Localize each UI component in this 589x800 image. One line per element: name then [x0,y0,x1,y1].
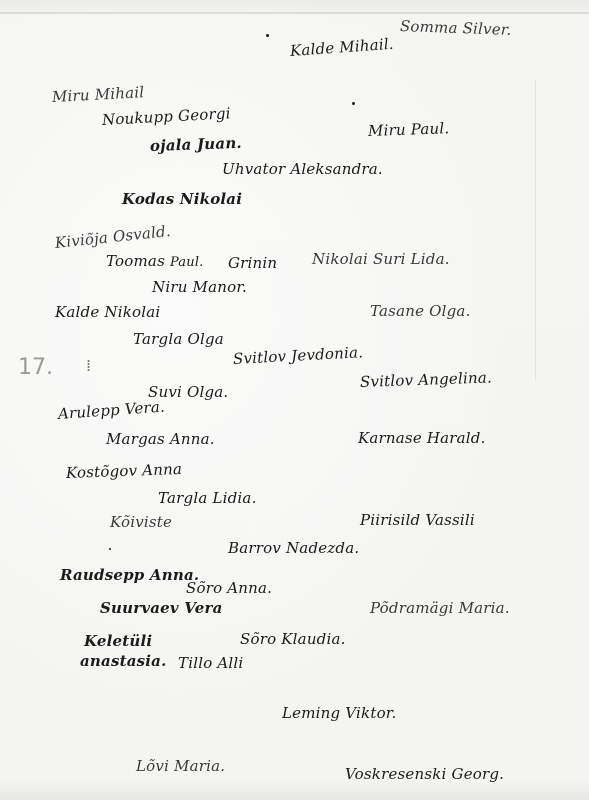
name-entry: Uhvator Aleksandra. [222,160,383,178]
name-entry: Piirisild Vassili [360,511,475,529]
name-entry: Raudsepp Anna. [60,566,199,584]
name-entry: Nikolai Suri Lida. [312,250,450,268]
name-entry: Kalde Mihail. [289,35,394,60]
name-entry: Arulepp Vera. [57,398,165,423]
name-entry: Miru Paul. [368,119,450,140]
name-given: Paul. [170,255,204,270]
name-surname: Toomas [106,252,165,270]
name-entry: Tillo Alli [178,654,243,672]
name-entry: Karnase Harald. [358,429,486,447]
name-entry: Kiviõja Osvald. [54,222,171,252]
ink-dot [109,548,111,550]
name-entry: Targla Olga [133,330,224,348]
name-entry: Kodas Nikolai [122,190,242,208]
name-entry: Kalde Nikolai [55,303,160,321]
name-entry: Targla Lidia. [158,489,257,507]
name-entry: Svitlov Angelina. [360,368,493,391]
name-entry: Põdramägi Maria. [370,599,510,617]
name-entry: Barrov Nadezda. [228,539,359,557]
name-entry: Lõvi Maria. [136,757,225,775]
name-entry: Miru Mihail [52,83,145,106]
name-entry: anastasia. [80,652,167,670]
name-entry: Leming Viktor. [282,704,397,722]
name-entry: Somma Silver. [400,17,512,39]
page-mark: ⁞ [86,356,91,375]
name-entry: Sõro Klaudia. [240,630,346,648]
name-entry: Kostõgov Anna [66,460,183,482]
name-entry: Suurvaev Vera [100,599,223,617]
ink-dot [352,102,355,105]
ink-dot [266,34,269,37]
name-entry: Kõiviste [110,513,172,531]
name-entry: Sõro Anna. [186,579,272,597]
name-entry: Niru Manor. [152,278,247,296]
name-entry: Svitlov Jevdonia. [233,343,364,368]
name-entry: Voskresenski Georg. [345,765,504,783]
name-entry: Grinin [228,254,277,272]
paper-crease [535,80,536,380]
name-entry: Margas Anna. [106,430,215,448]
name-entry: ojala Juan. [150,134,242,155]
name-entry: Toomas Paul. [106,252,204,270]
name-entry: Keletüli [84,632,152,650]
paper-edge [0,12,589,14]
document-page: 17. ⁞ Somma Silver. Kalde Mihail. Miru M… [0,0,589,800]
name-entry: Noukupp Georgi [102,104,232,129]
name-entry: Tasane Olga. [370,302,471,320]
page-number: 17. [18,355,53,380]
